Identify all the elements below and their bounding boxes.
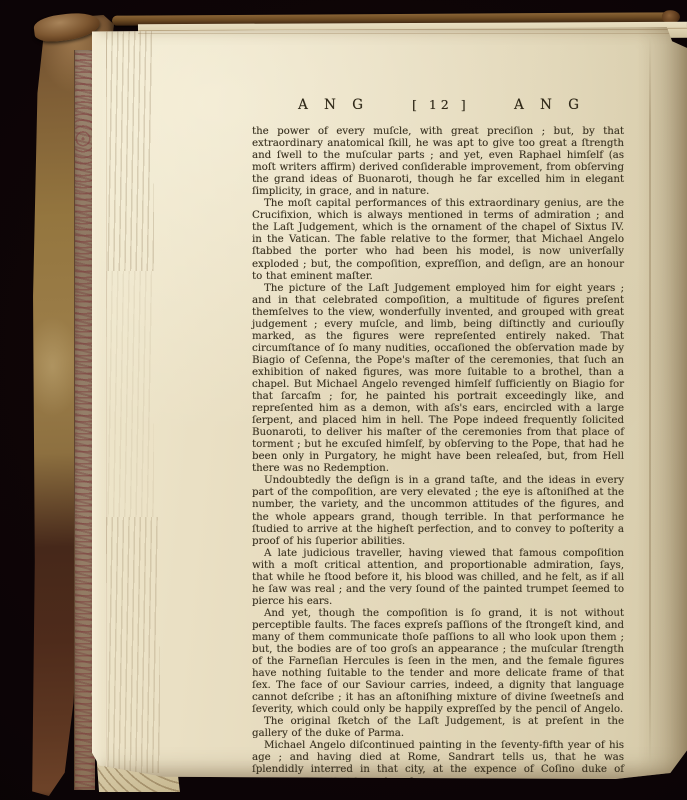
fore-edge-highlight xyxy=(92,27,107,779)
fore-edge-crease-lines xyxy=(106,517,160,773)
printed-text-area: A N G [ 12 ] A N G the power of every mu… xyxy=(252,97,624,800)
header-title-right: A N G xyxy=(514,97,585,113)
gutter-shadow xyxy=(637,27,687,779)
paragraph: Michael Angelo diſcontinued painting in … xyxy=(252,740,624,788)
paragraph: And yet, though the compoſition is ſo gr… xyxy=(252,608,624,716)
paragraph: The moſt capital performances of this ex… xyxy=(252,198,624,282)
fore-edge-crease-lines xyxy=(106,271,154,517)
page-number: [ 12 ] xyxy=(412,97,470,112)
fore-edge-crease-lines xyxy=(106,31,154,271)
book-photo: A N G [ 12 ] A N G the power of every mu… xyxy=(0,0,687,800)
page-body-text: the power of every muſcle, with great pr… xyxy=(252,126,624,789)
paragraph: the power of every muſcle, with great pr… xyxy=(252,126,624,198)
catchword: the xyxy=(252,789,624,800)
paragraph: The picture of the Laſt Judgement employ… xyxy=(252,283,624,476)
book-page: A N G [ 12 ] A N G the power of every mu… xyxy=(92,27,687,779)
paragraph: Undoubtedly the deſign is in a grand taſ… xyxy=(252,475,624,547)
gutter-crease-line xyxy=(649,37,651,765)
paragraph: A late judicious traveller, having viewe… xyxy=(252,548,624,608)
running-header: A N G [ 12 ] A N G xyxy=(252,97,624,119)
marbled-edge-strip xyxy=(74,50,95,790)
paragraph: The original ſketch of the Laſt Judgemen… xyxy=(252,716,624,740)
header-title-left: A N G xyxy=(298,97,369,113)
